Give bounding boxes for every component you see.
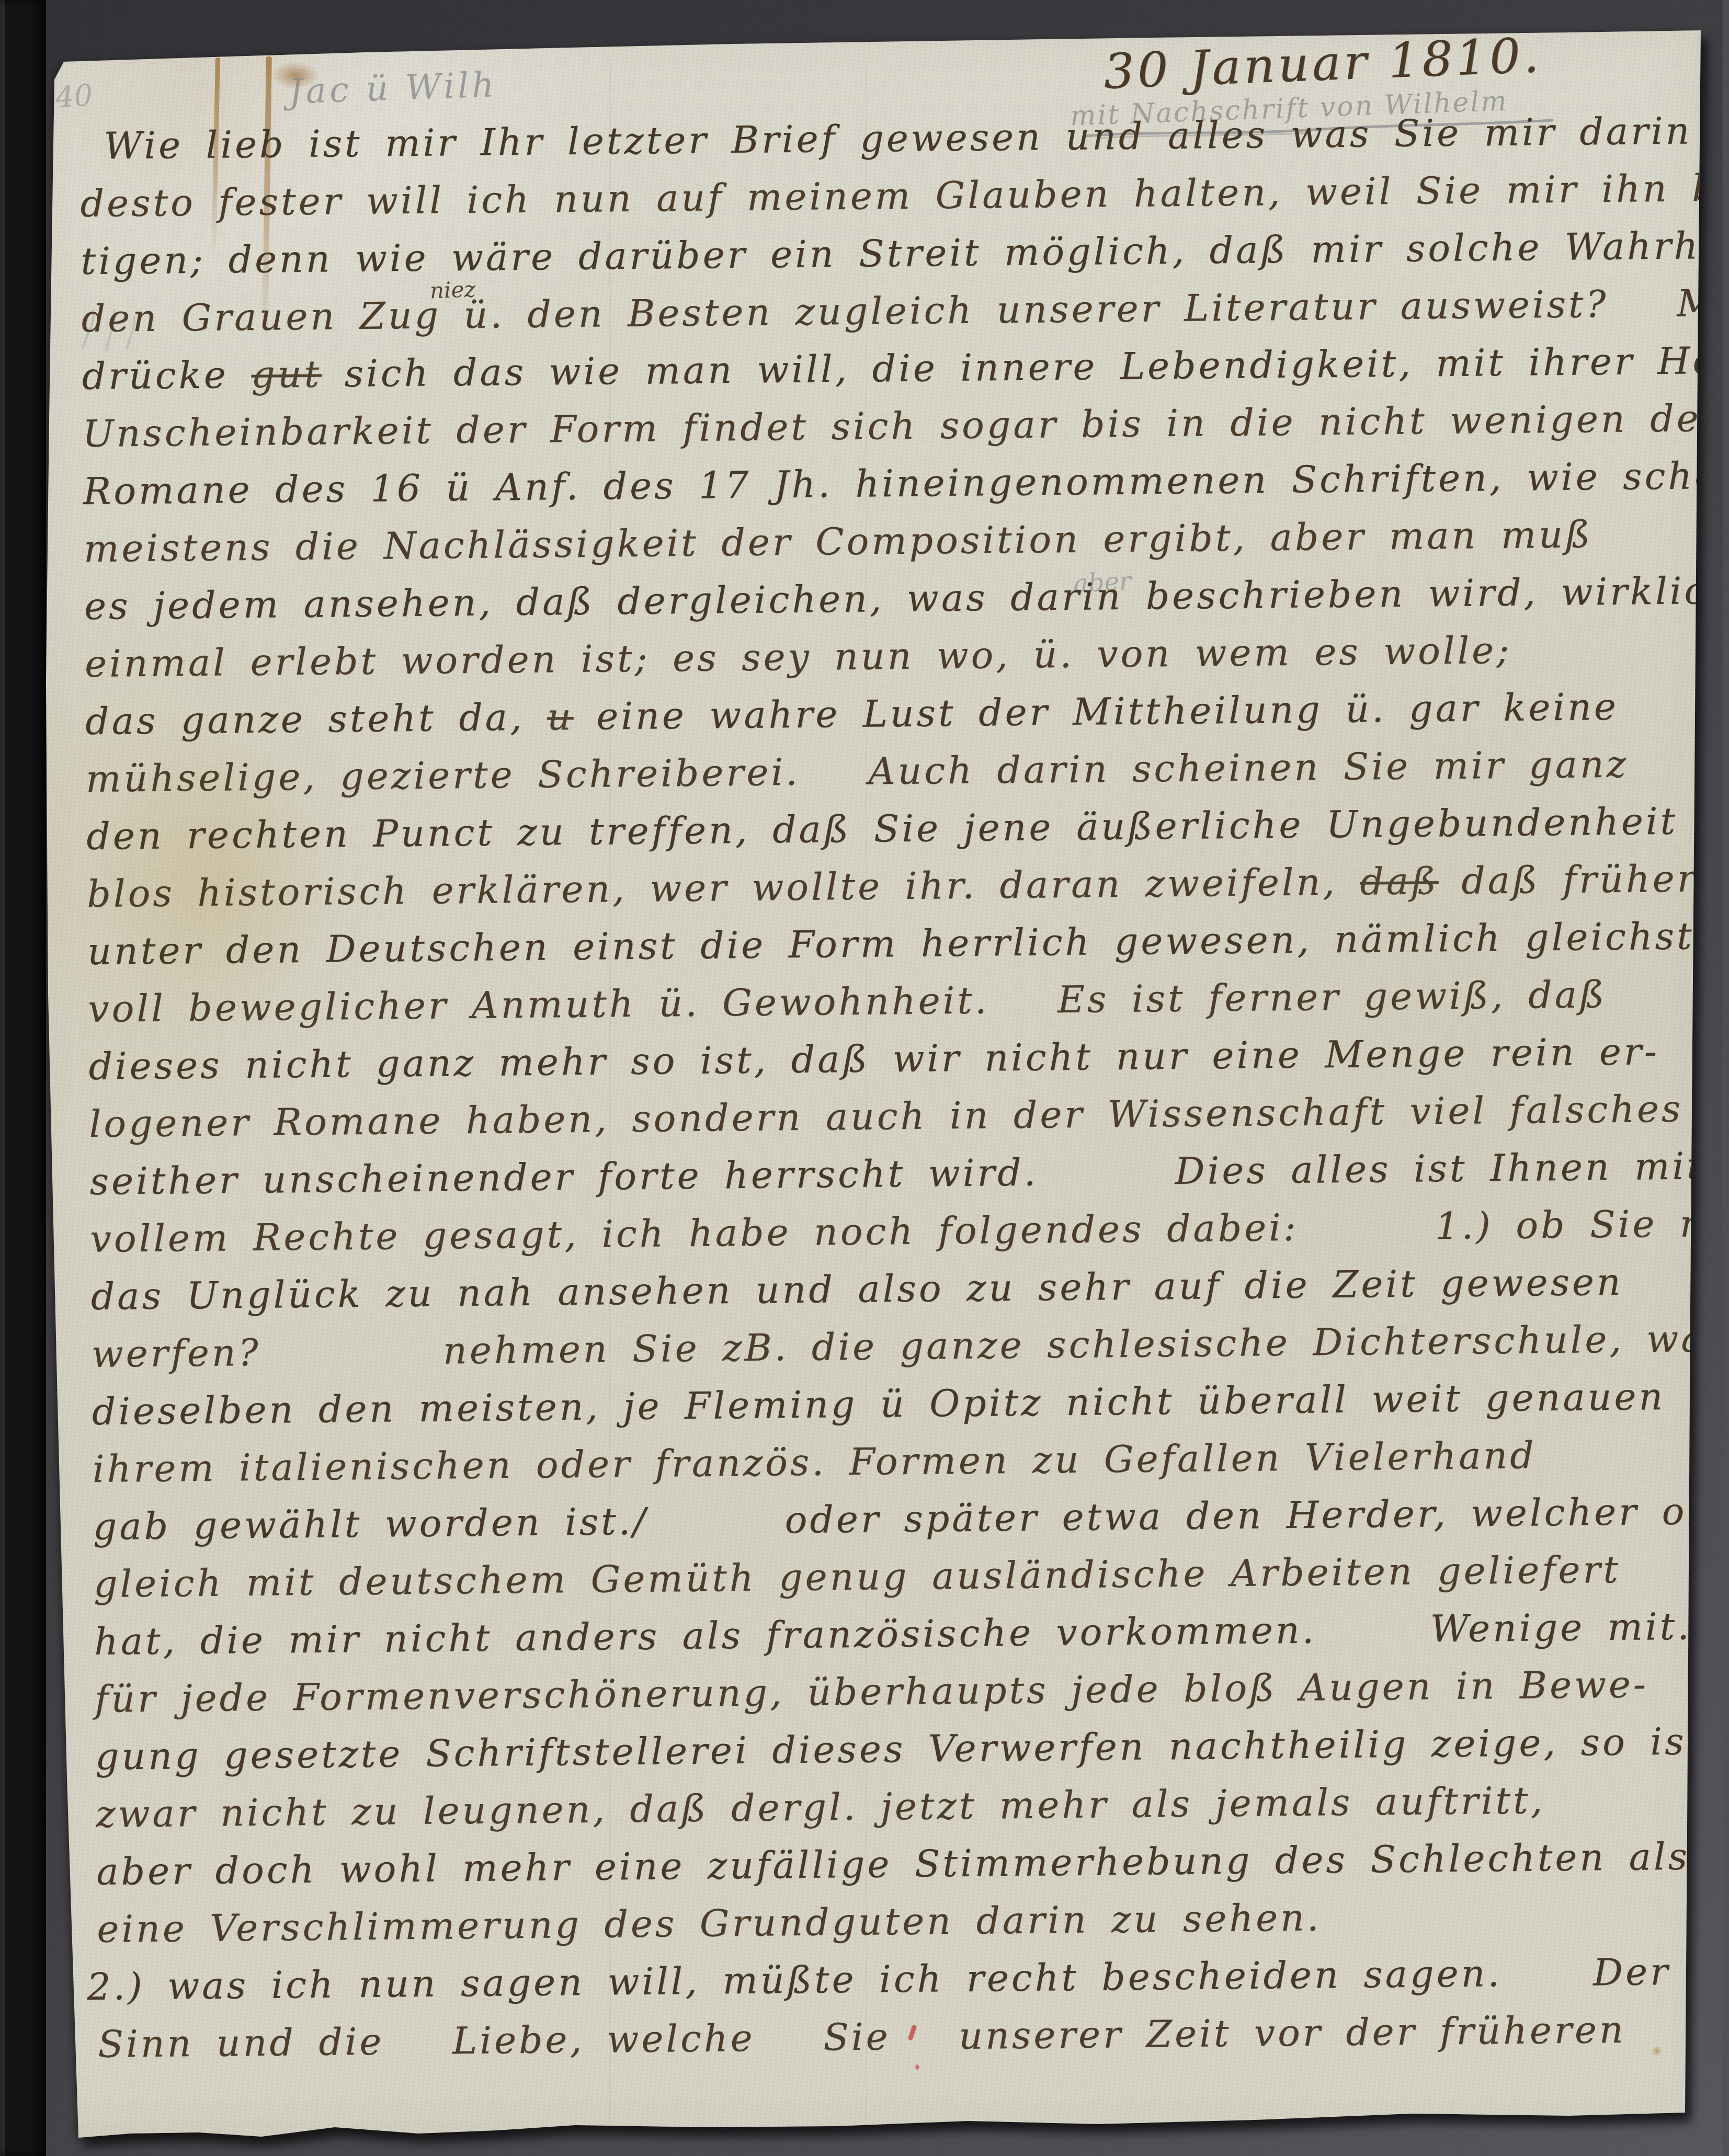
letter-body: Wie lieb ist mir Ihr letzter Brief gewes… (79, 102, 1709, 2073)
pencil-foliation-number: 40 (54, 78, 94, 115)
paper-shadow: 40 Jac ü Wilh mit Nachschrift von Wilhel… (0, 0, 1729, 2156)
letter-paper: 40 Jac ü Wilh mit Nachschrift von Wilhel… (0, 0, 1729, 2156)
scan-background: 40 Jac ü Wilh mit Nachschrift von Wilhel… (0, 0, 1729, 2156)
pencil-attribution-note: Jac ü Wilh (288, 64, 498, 112)
